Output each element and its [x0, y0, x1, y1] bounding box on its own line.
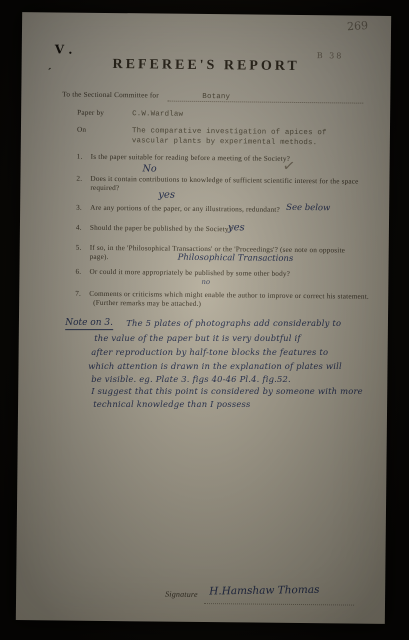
question-2-answer: yes: [158, 190, 175, 201]
subject-label: On: [77, 126, 86, 135]
subject-line2: vascular plants by experimental methods.: [132, 136, 318, 148]
question-7-number: 7.: [75, 290, 89, 299]
question-1: 1. Is the paper suitable for reading bef…: [77, 153, 391, 165]
question-3-answer: See below: [286, 203, 330, 213]
question-6: 6. Or could it more appropriately be pub…: [75, 268, 389, 280]
committee-label: To the Sectional Committee for: [62, 91, 159, 101]
question-5-text2: page).: [90, 253, 109, 262]
pencil-checkmark-icon: ✓: [281, 156, 296, 177]
question-6-answer: no: [201, 278, 210, 286]
note-heading: Note on 3.: [65, 318, 113, 330]
note-line-7: technical knowledge than I possess: [93, 399, 250, 409]
question-4-number: 4.: [76, 224, 90, 233]
note-line-2: the value of the paper but it is very do…: [94, 333, 300, 343]
question-3-number: 3.: [76, 204, 90, 213]
paper-by-label: Paper by: [77, 109, 104, 118]
question-5-answer: Philosophical Transactions: [178, 253, 294, 264]
question-1-text: Is the paper suitable for reading before…: [91, 153, 391, 165]
question-6-number: 6.: [75, 268, 89, 277]
paper-by-value: C.W.Wardlaw: [132, 109, 183, 120]
question-5-number: 5.: [76, 244, 90, 253]
question-2: 2. Does it contain contributions to know…: [76, 175, 390, 187]
signature-value: H.Hamshaw Thomas: [209, 584, 319, 598]
question-3-text: Are any portions of the paper, or any il…: [90, 204, 390, 216]
question-4-answer: yes: [228, 222, 245, 233]
note-line-3: after reproduction by half-tone blocks t…: [91, 347, 328, 357]
note-line-1: The 5 plates of photographs add consider…: [126, 318, 341, 328]
page-title: REFEREE'S REPORT: [22, 56, 391, 76]
question-3: 3. Are any portions of the paper, or any…: [76, 204, 390, 216]
question-7-text2: (Further remarks may be attached.): [93, 299, 201, 309]
question-1-answer: No: [143, 163, 157, 174]
signature-label: Signature: [165, 590, 198, 599]
note-line-4: which attention is drawn in the explanat…: [88, 361, 342, 371]
note-line-5: be visible. eg. Plate 3. figs 40-46 Pl.4…: [91, 374, 291, 384]
signature-dotted-line: [204, 602, 354, 606]
question-1-number: 1.: [77, 153, 91, 162]
question-2-text2: required?: [90, 184, 119, 193]
pencil-page-number: 269: [347, 19, 369, 33]
committee-dotted-line: [167, 100, 363, 104]
note-line-6: I suggest that this point is considered …: [91, 386, 363, 396]
question-6-text: Or could it more appropriately be publis…: [89, 268, 389, 280]
ink-mark: V .: [55, 42, 73, 56]
question-2-number: 2.: [76, 175, 90, 184]
committee-value: Botany: [202, 92, 230, 102]
referee-report-page: 269 B 38 V . ’ REFEREE'S REPORT To the S…: [16, 12, 391, 624]
question-2-text: Does it contain contributions to knowled…: [90, 175, 390, 187]
